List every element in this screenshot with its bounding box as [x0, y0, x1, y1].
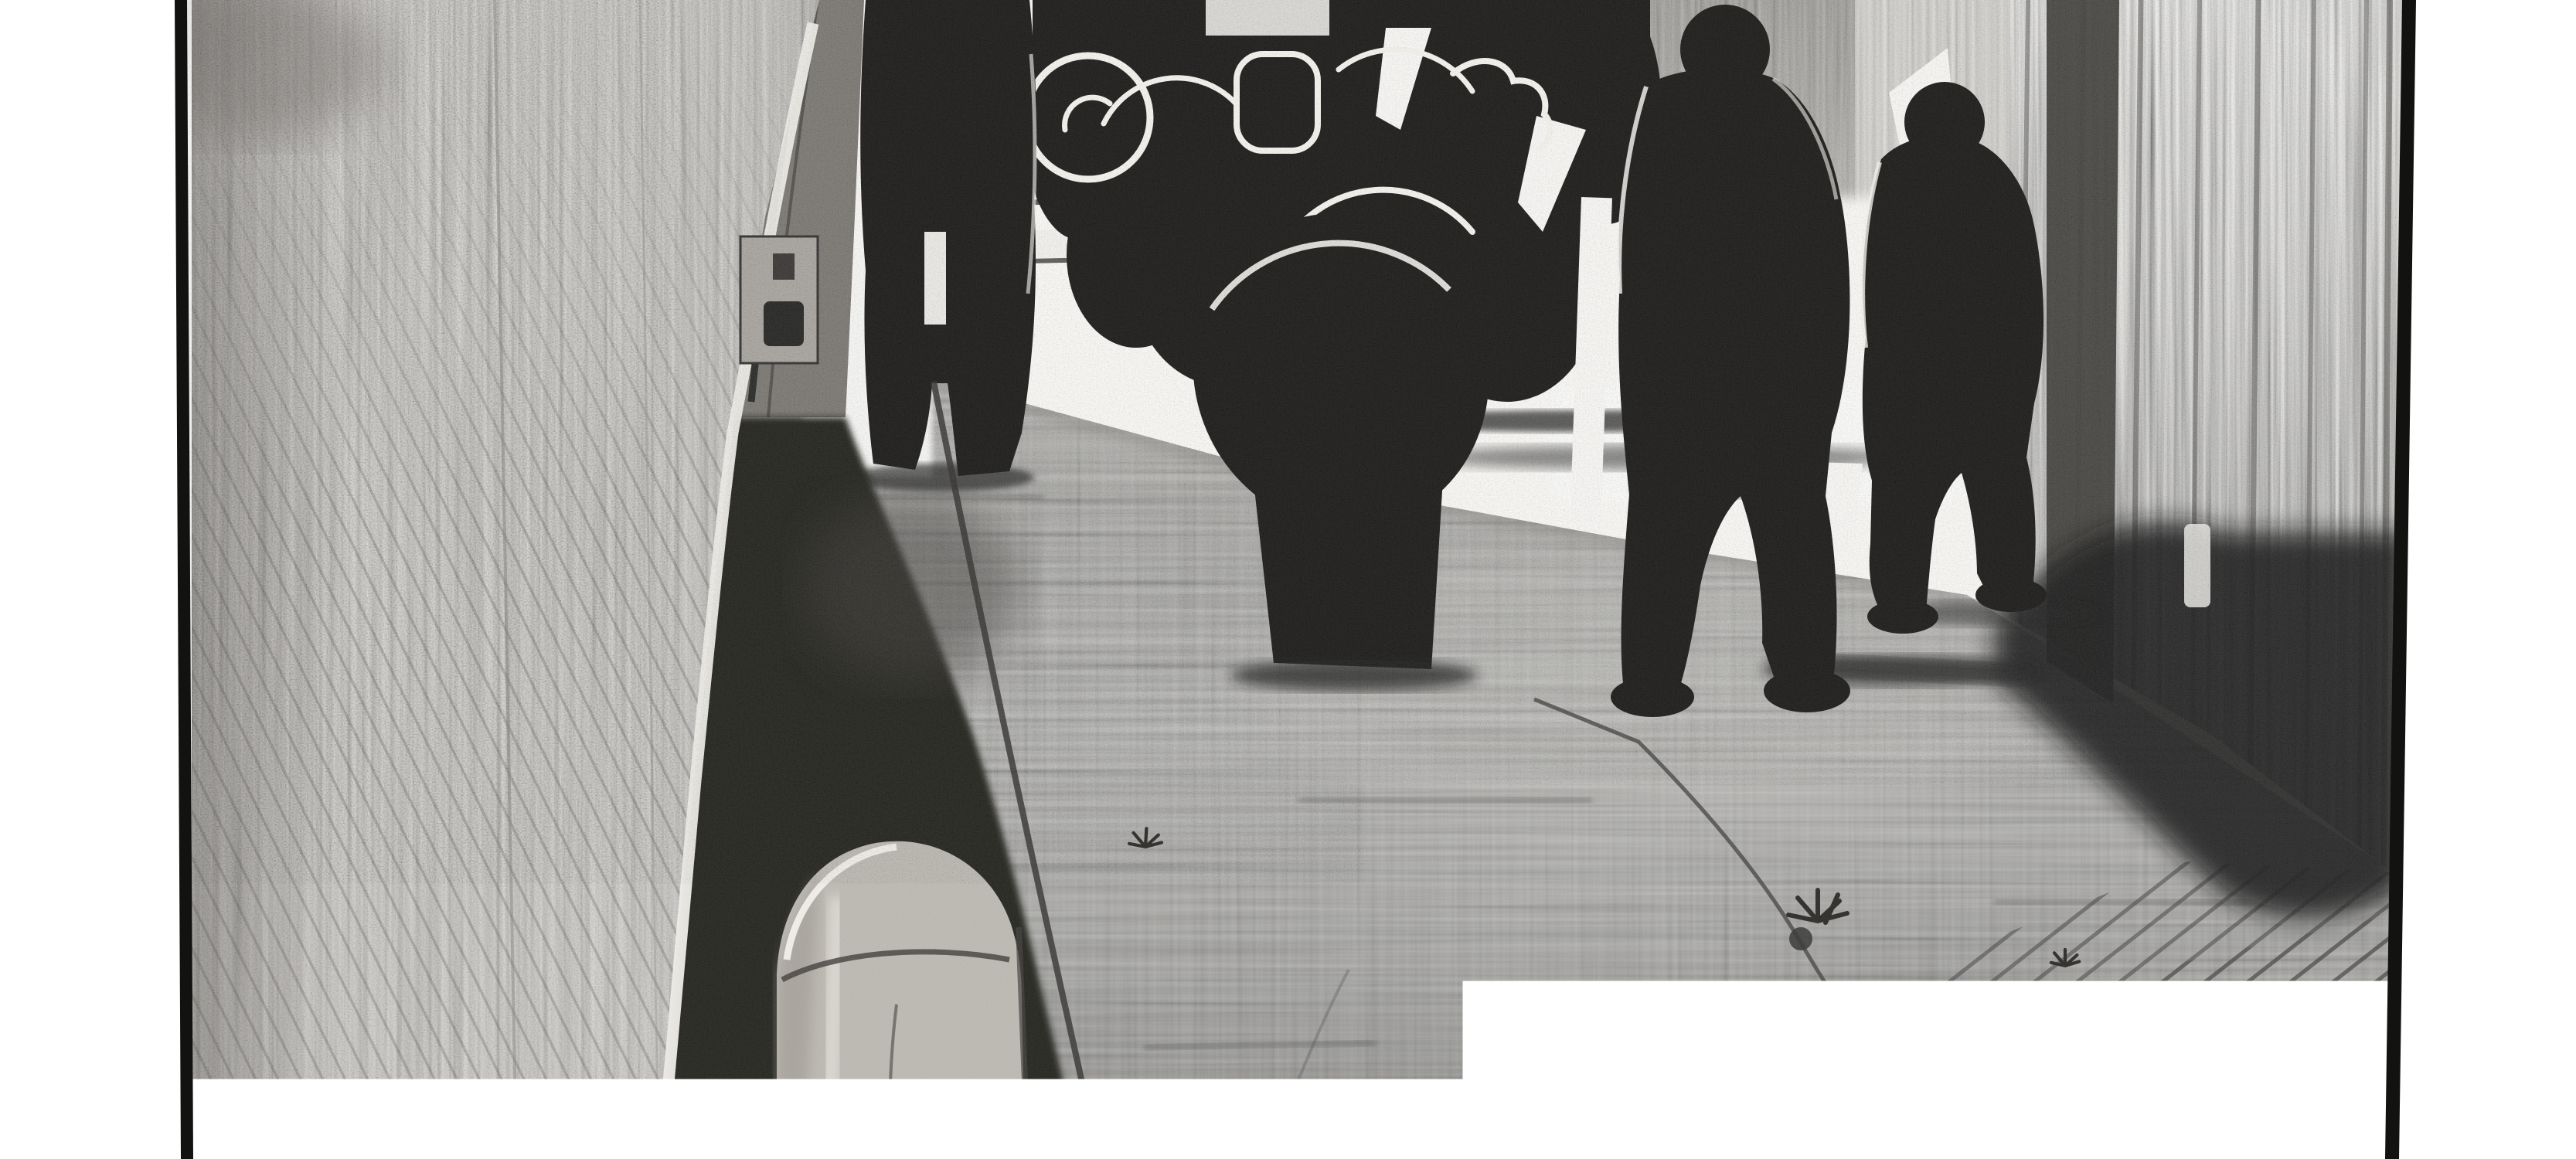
- panel-interior: [124, 0, 2419, 1159]
- manga-page: [0, 0, 2576, 1159]
- page-margin-right: [2399, 0, 2576, 1159]
- page-margin-left: [0, 0, 175, 1159]
- manga-panel-artwork: [0, 0, 2576, 1159]
- vignette: [187, 0, 2413, 1159]
